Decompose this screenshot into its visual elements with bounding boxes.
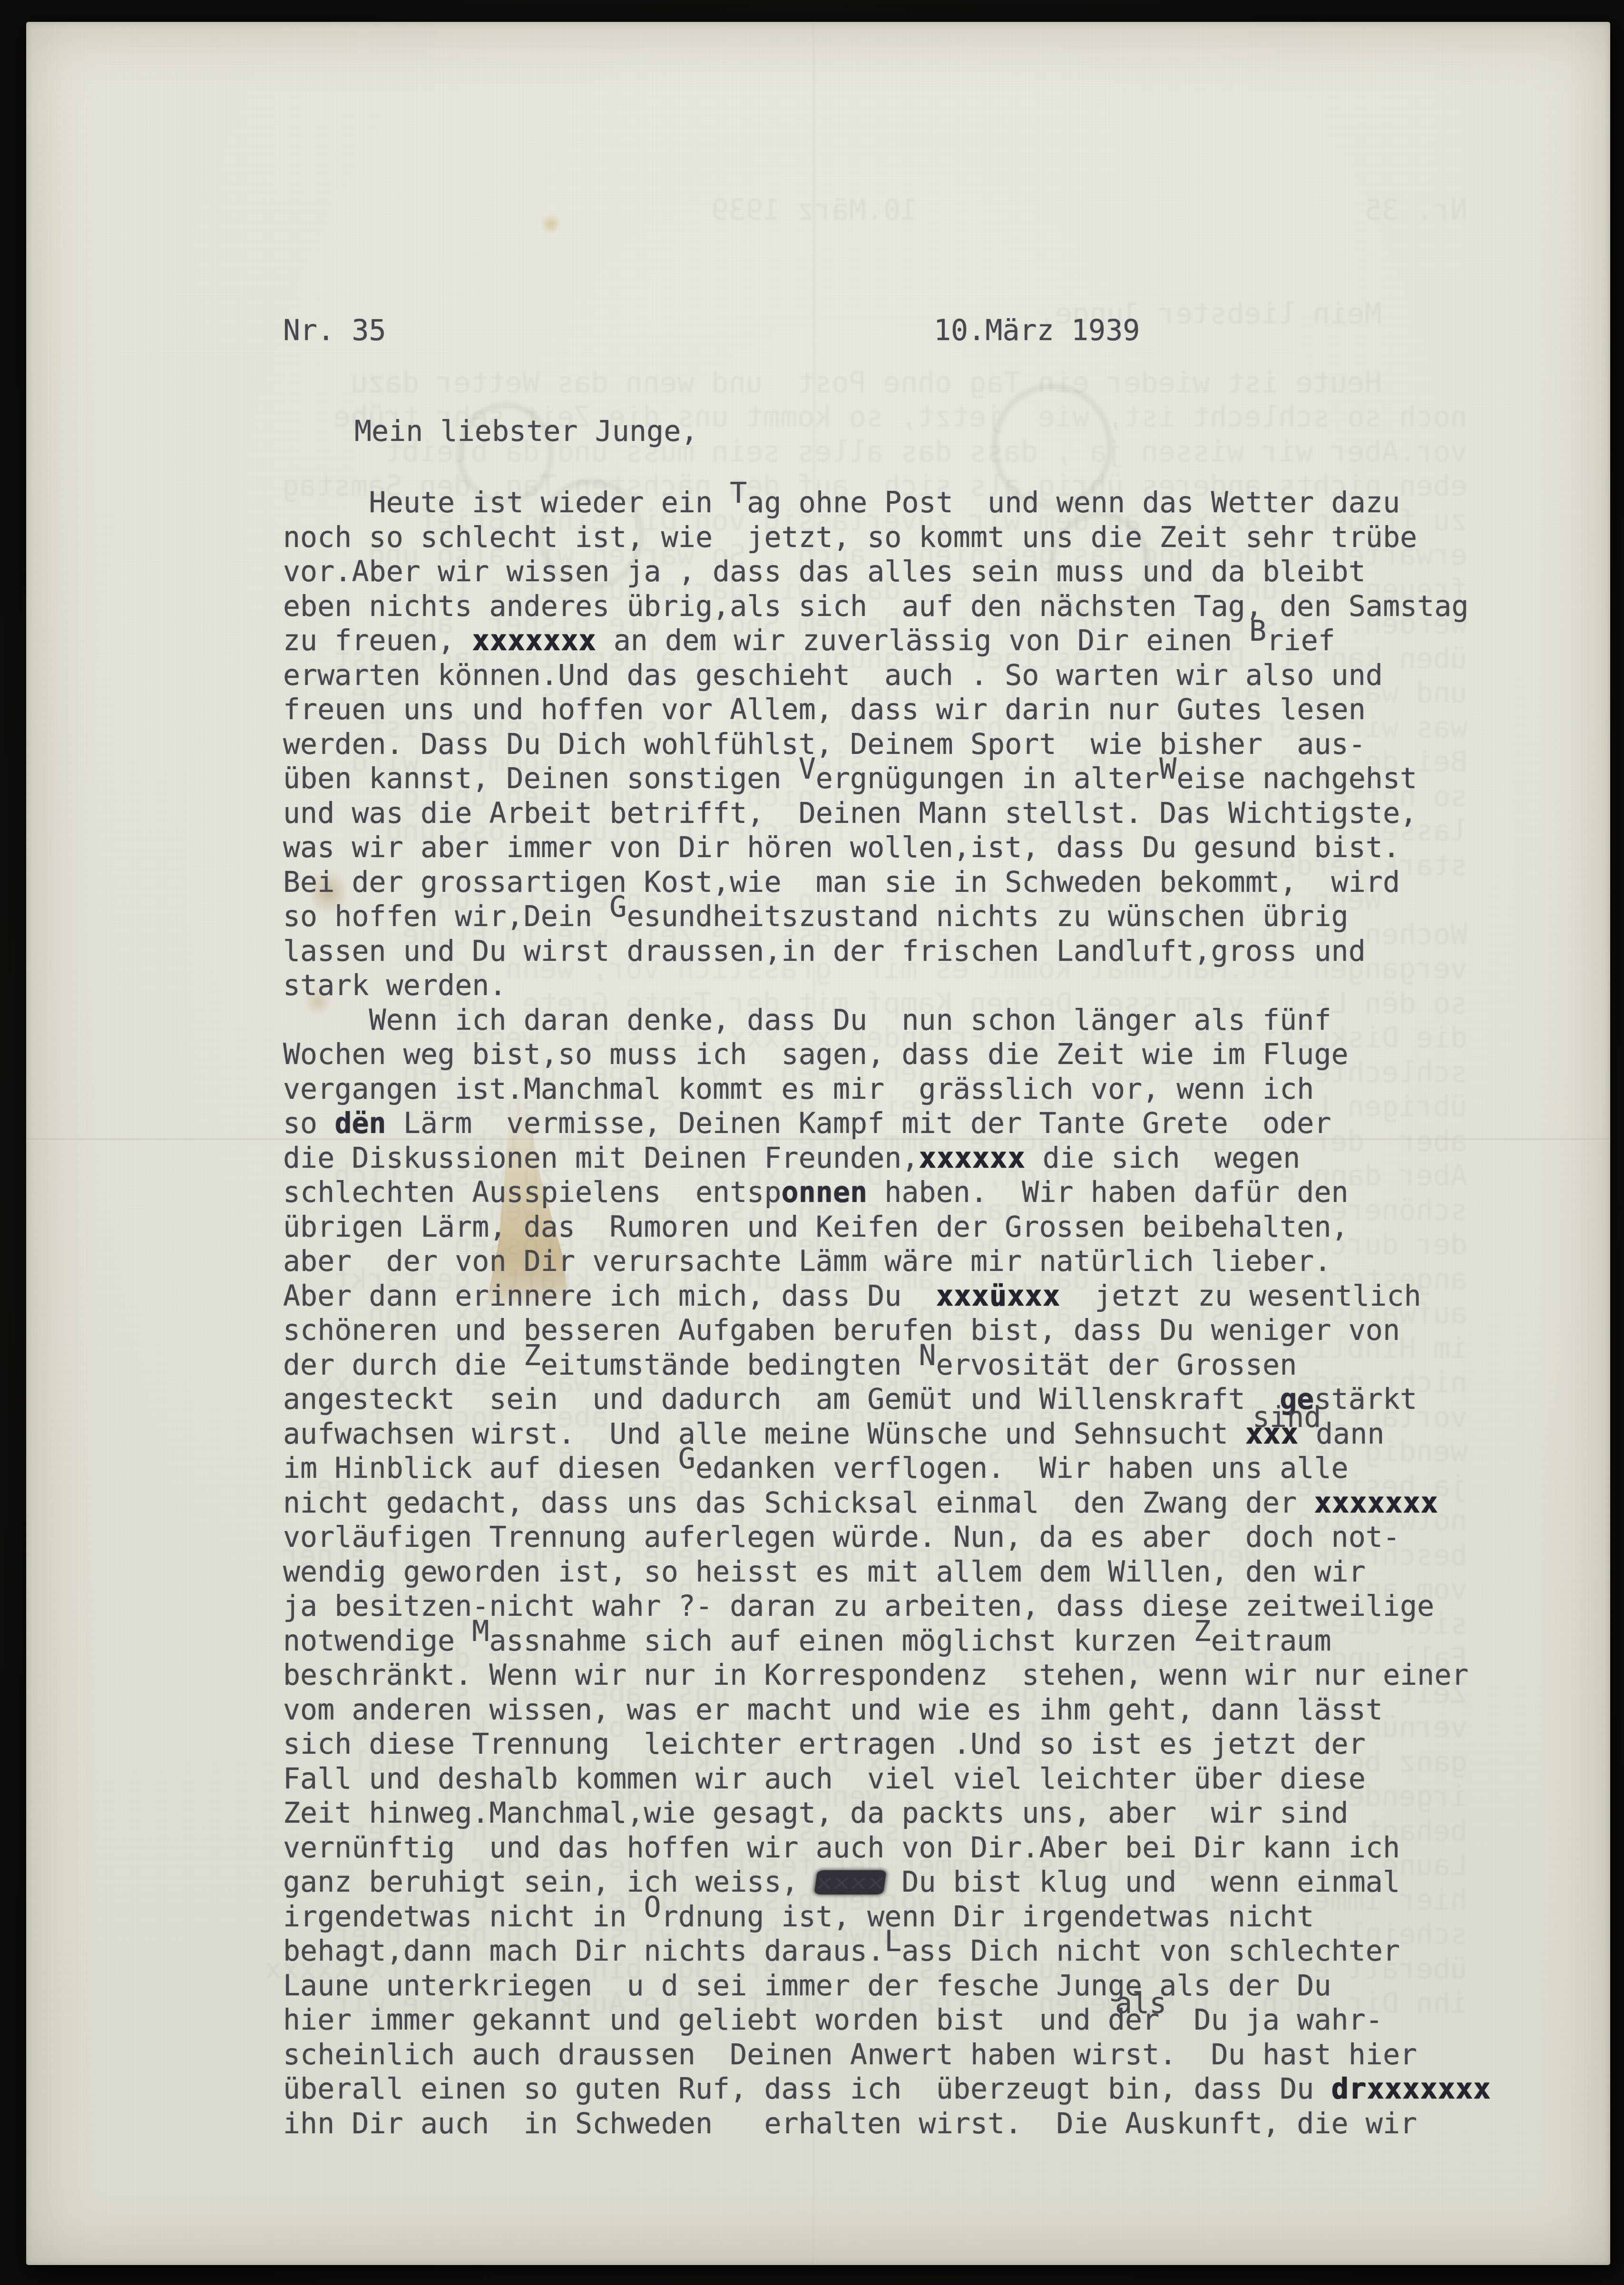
letter-line: erwarten können.Und das geschieht auch .… [283,658,1491,693]
letter-line: Laune unterkriegen u d sei immer der fes… [283,1969,1491,2003]
letter-line: sich diese Trennung leichter ertragen .U… [283,1727,1491,1762]
letter-line: zu freuen, xxxxxxx an dem wir zuverlässi… [283,624,1491,658]
letter-number: Nr. 35 [283,313,386,348]
letter-line: aber der von Dir verursachte Lämm wäre m… [283,1244,1491,1279]
letter-line: ihn Dir auch in Schweden erhalten wirst.… [283,2107,1491,2141]
letter-line: notwendige Massnahme sich auf einen mögl… [283,1624,1491,1659]
letter-line: ganz beruhigt sein, ich weiss, xxxx Du b… [283,1865,1491,1900]
letter-line: vorläufigen Trennung auferlegen würde. N… [283,1520,1491,1555]
letter-line: Heute ist wieder ein Tag ohne Post und w… [283,486,1491,520]
letter-line: wendig geworden ist, so heisst es mit al… [283,1555,1491,1590]
letter-line: Zeit hinweg.Manchmal,wie gesagt, da pack… [283,1796,1491,1831]
letter-line: stark werden. [283,968,1491,1003]
letter-line: Fall und deshalb kommen wir auch viel vi… [283,1762,1491,1797]
letter-line: scheinlich auch draussen Deinen Anwert h… [283,2038,1491,2072]
letter-line: nicht gedacht, dass uns das Schicksal ei… [283,1486,1491,1521]
letter-line: so dën Lärm vermisse, Deinen Kampf mit d… [283,1106,1491,1141]
letter-line: vernünftig und das hoffen wir auch von D… [283,1831,1491,1865]
letter-line: freuen uns und hoffen vor Allem, dass wi… [283,693,1491,727]
letter-line: so hoffen wir,Dein Gesundheitszustand ni… [283,899,1491,934]
letter-line: im Hinblick auf diesen Gedanken verfloge… [283,1451,1491,1486]
photo-backdrop: Nr. 35 10.März 1939 Mein liebster Junge,… [0,0,1624,2285]
stain [540,215,562,234]
letter-line: vergangen ist.Manchmal kommt es mir gräs… [283,1072,1491,1107]
letter-line: beschränkt. Wenn wir nur in Korresponden… [283,1658,1491,1693]
letter-line: die Diskussionen mit Deinen Freunden,xxx… [283,1141,1491,1176]
letter-line: üben kannst, Deinen sonstigen Vergnügung… [283,762,1491,796]
letter-line: was wir aber immer von Dir hören wollen,… [283,830,1491,865]
letter-line: hier immer gekannt und geliebt worden bi… [283,2003,1491,2038]
letter-line: der durch die Zeitumstände bedingten Ner… [283,1348,1491,1383]
letter-line: schöneren und besseren Aufgaben berufen … [283,1313,1491,1348]
letter-line: Wochen weg bist,so muss ich sagen, dass … [283,1037,1491,1072]
letter-line: Wenn ich daran denke, dass Du nun schon … [283,1003,1491,1038]
letter-line: aufwachsen wirst. Und alle meine Wünsche… [283,1417,1491,1452]
letter-date: 10.März 1939 [934,313,1140,348]
letter-line: lassen und Du wirst draussen,in der fris… [283,934,1491,969]
letter-page: Nr. 35 10.März 1939 Mein liebster Junge,… [26,22,1610,2265]
letter-line: noch so schlecht ist, wie jetzt, so komm… [283,520,1491,555]
salutation: Mein liebster Junge, [354,414,698,449]
letter-line: vor.Aber wir wissen ja , dass das alles … [283,555,1491,589]
letter-line: und was die Arbeit betrifft, Deinen Mann… [283,796,1491,831]
letter-body: Heute ist wieder ein Tag ohne Post und w… [283,486,1491,2141]
letter-line: Aber dann erinnere ich mich, dass Du xxx… [283,1279,1491,1314]
letter-line: ja besitzen-nicht wahr ?- daran zu arbei… [283,1589,1491,1624]
letter-line: werden. Dass Du Dich wohlfühlst, Deinem … [283,727,1491,762]
letter-line: vom anderen wissen, was er macht und wie… [283,1693,1491,1728]
letter-line: überall einen so guten Ruf, dass ich übe… [283,2072,1491,2107]
letter-header: Nr. 35 10.März 1939 [283,313,1572,348]
letter-line: eben nichts anderes übrig,als sich auf d… [283,589,1491,624]
letter-line: behagt,dann mach Dir nichts daraus.Lass … [283,1934,1491,1969]
letter-line: Bei der grossartigen Kost,wie man sie in… [283,865,1491,900]
letter-line: übrigen Lärm, das Rumoren und Keifen der… [283,1210,1491,1245]
typed-content: Nr. 35 10.März 1939 Mein liebster Junge,… [283,244,1572,486]
letter-line: schlechten Ausspielens entsponnen haben.… [283,1175,1491,1210]
